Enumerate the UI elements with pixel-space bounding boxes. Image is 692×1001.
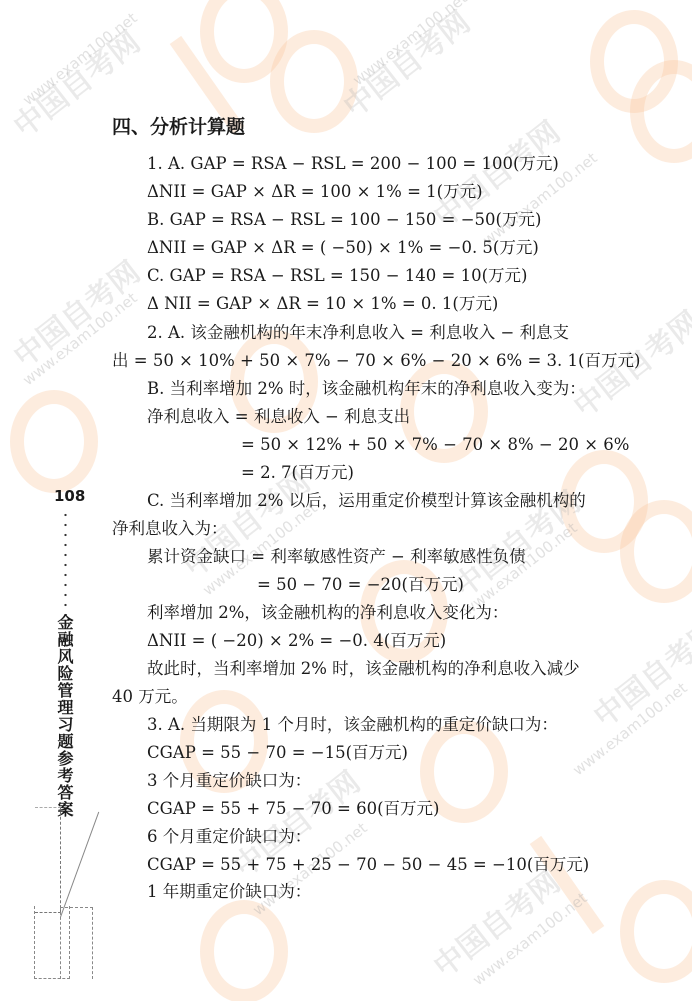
book-title: 金融风险管理习题参考答案 bbox=[56, 614, 74, 818]
watermark-site: www.exam100.net bbox=[19, 289, 140, 389]
watermark-logo bbox=[530, 836, 605, 934]
answer-line-2c-conclusion-cont: 40 万元。 bbox=[112, 686, 188, 708]
answer-line-1a-nii: ΔNII = GAP × ΔR = 100 × 1% = 1(万元) bbox=[147, 181, 483, 203]
watermark-logo bbox=[200, 900, 288, 1001]
watermark-site: www.exam100.net bbox=[349, 0, 470, 89]
answer-line-3a-3m-label: 3 个月重定价缺口为： bbox=[147, 770, 311, 792]
answer-line-2b-result: = 2. 7(百万元) bbox=[241, 462, 354, 484]
watermark-logo bbox=[270, 30, 358, 133]
watermark-logo bbox=[630, 60, 692, 163]
answer-line-2c-change: 利率增加 2%，该金融机构的净利息收入变化为： bbox=[147, 602, 508, 624]
answer-line-3a-1m: CGAP = 55 − 70 = −15(百万元) bbox=[147, 742, 408, 764]
section-heading: 四、分析计算题 bbox=[112, 112, 245, 139]
answer-line-2b: B. 当利率增加 2% 时，该金融机构年末的净利息收入变为： bbox=[147, 378, 586, 400]
answer-line-3a-1y-label: 1 年期重定价缺口为： bbox=[147, 881, 311, 903]
watermark-site: www.exam100.net bbox=[469, 889, 590, 989]
watermark-logo bbox=[200, 0, 288, 83]
answer-line-2b-calc: = 50 × 12% + 50 × 7% − 70 × 8% − 20 × 6% bbox=[241, 434, 629, 456]
watermark-brand: 中国自考网 bbox=[332, 0, 477, 126]
answer-line-2c-cont: 净利息收入为： bbox=[112, 518, 228, 540]
answer-line-3a-6m: CGAP = 55 + 75 + 25 − 70 − 50 − 45 = −10… bbox=[147, 854, 589, 876]
answer-line-2b-formula: 净利息收入 = 利息收入 − 利息支出 bbox=[147, 406, 410, 428]
margin-decoration-frame bbox=[60, 907, 93, 979]
dotted-leader bbox=[64, 510, 67, 628]
watermark-site: www.exam100.net bbox=[569, 679, 690, 779]
answer-line-1a-gap: 1. A. GAP = RSA − RSL = 200 − 100 = 100(… bbox=[147, 153, 559, 175]
answer-line-1b-nii: ΔNII = GAP × ΔR = ( −50) × 1% = −0. 5(万元… bbox=[147, 237, 539, 259]
page-number: 108 bbox=[54, 487, 85, 505]
answer-line-1b-gap: B. GAP = RSA − RSL = 100 − 150 = −50(万元) bbox=[147, 209, 541, 231]
margin-decoration-frame bbox=[35, 807, 61, 913]
margin-decoration-line bbox=[60, 812, 99, 918]
answer-line-2c: C. 当利率增加 2% 以后，运用重定价模型计算该金融机构的 bbox=[147, 490, 586, 512]
answer-line-3a-6m-label: 6 个月重定价缺口为： bbox=[147, 826, 311, 848]
answer-line-3a-3m: CGAP = 55 + 75 − 70 = 60(百万元) bbox=[147, 798, 439, 820]
answer-line-2a: 2. A. 该金融机构的年末净利息收入 = 利息收入 − 利息支 bbox=[147, 322, 569, 344]
watermark-logo bbox=[620, 880, 692, 983]
watermark-logo bbox=[620, 500, 692, 603]
answer-line-2c-gap-result: = 50 − 70 = −20(百万元) bbox=[257, 574, 464, 596]
answer-line-1c-gap: C. GAP = RSA − RSL = 150 − 140 = 10(万元) bbox=[147, 265, 527, 287]
watermark-brand: 中国自考网 bbox=[422, 858, 567, 985]
watermark-logo bbox=[590, 10, 678, 113]
answer-line-2c-gap: 累计资金缺口 = 利率敏感性资产 − 利率敏感性负债 bbox=[147, 546, 526, 568]
answer-line-2a-cont: 出 = 50 × 10% + 50 × 7% − 70 × 6% − 20 × … bbox=[112, 350, 640, 372]
watermark-brand: 中国自考网 bbox=[582, 608, 692, 735]
watermark-logo bbox=[10, 390, 98, 493]
answer-line-2c-nii: ΔNII = ( −20) × 2% = −0. 4(百万元) bbox=[147, 630, 446, 652]
answer-line-1c-nii: Δ NII = GAP × ΔR = 10 × 1% = 0. 1(万元) bbox=[147, 293, 498, 315]
answer-line-2c-conclusion: 故此时，当利率增加 2% 时，该金融机构的净利息收入减少 bbox=[147, 658, 580, 680]
watermark-site: www.exam100.net bbox=[19, 9, 140, 109]
answer-line-3a: 3. A. 当期限为 1 个月时，该金融机构的重定价缺口为： bbox=[147, 714, 558, 736]
